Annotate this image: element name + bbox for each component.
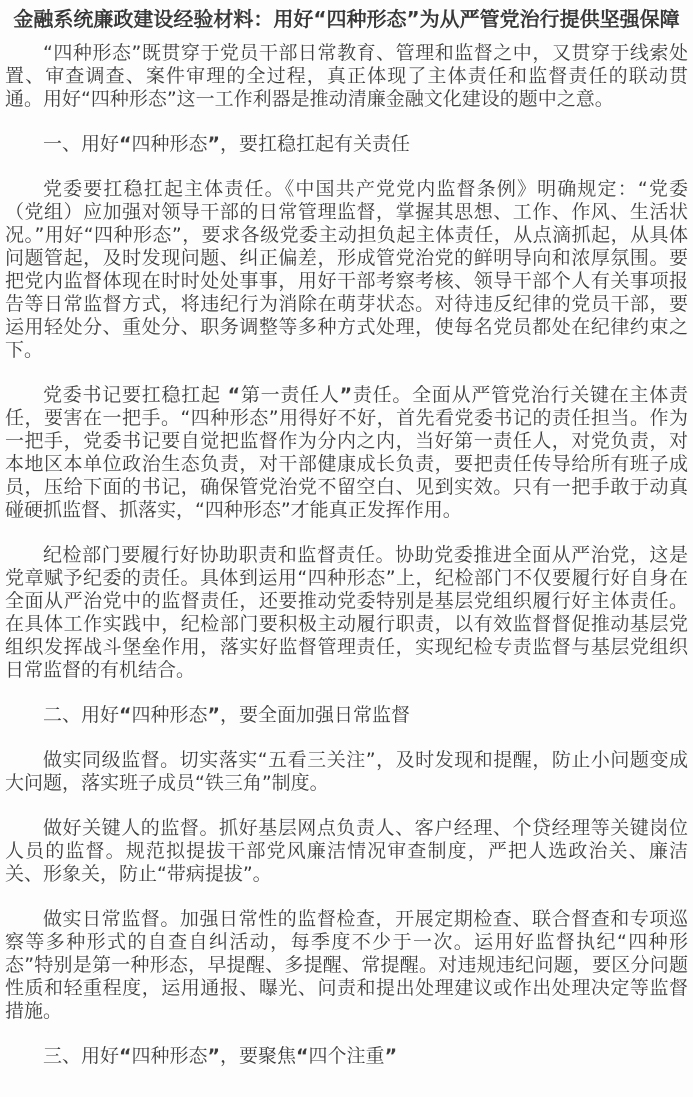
- text-run: “: [119, 704, 132, 726]
- paragraph: 党委书记要扛稳扛起 “第一责任人”责任。全面从严管党治行关键在主体责任，要害在一…: [5, 384, 688, 522]
- text-run: 做好关键人的监督。抓好基层网点负责人、客户经理、个贷经理等关键岗位人员的监督。规…: [5, 817, 688, 885]
- document-title: 金融系统廉政建设经验材料：用好“四种形态”为从严管党治行提供坚强保障: [7, 6, 686, 32]
- text-run: ，要聚焦: [220, 1045, 296, 1067]
- text-run: 四个注重: [309, 1045, 385, 1067]
- text-run: 第一责任人: [240, 384, 340, 406]
- text-run: “: [296, 1045, 309, 1067]
- text-run: 二、用好: [43, 704, 119, 726]
- text-run: ”: [208, 1045, 221, 1067]
- text-run: “: [228, 384, 241, 406]
- paragraph: 做实日常监督。加强日常性的监督检查，开展定期检查、联合督查和专项巡察等多种形式的…: [5, 908, 688, 1023]
- text-run: ”: [385, 1045, 398, 1067]
- section-heading: 二、用好“四种形态”，要全面加强日常监督: [5, 704, 688, 727]
- text-run: 党委书记要扛稳扛起: [43, 384, 228, 406]
- paragraph: 做实同级监督。切实落实“五看三关注”，及时发现和提醒，防止小问题变成大问题，落实…: [5, 749, 688, 795]
- section-heading: 一、用好“四种形态”，要扛稳扛起有关责任: [5, 133, 688, 156]
- text-run: ”: [208, 133, 221, 155]
- text-run: “: [119, 133, 132, 155]
- text-run: 做实日常监督。加强日常性的监督检查，开展定期检查、联合督查和专项巡察等多种形式的…: [5, 908, 688, 1022]
- text-run: ”: [340, 384, 353, 406]
- paragraph: 党委要扛稳扛起主体责任。《中国共产党党内监督条例》明确规定：“党委（党组）应加强…: [5, 178, 688, 362]
- text-run: ，要全面加强日常监督: [220, 704, 410, 726]
- text-run: 四种形态: [132, 704, 208, 726]
- document-page: 金融系统廉政建设经验材料：用好“四种形态”为从严管党治行提供坚强保障 “四种形态…: [0, 0, 693, 1097]
- text-run: 纪检部门要履行好协助职责和监督责任。协助党委推进全面从严治党，这是党章赋予纪委的…: [5, 544, 688, 681]
- text-run: “: [119, 1045, 132, 1067]
- section-heading: 三、用好“四种形态”，要聚焦“四个注重”: [5, 1045, 688, 1068]
- text-run: 党委要扛稳扛起主体责任。《中国共产党党内监督条例》明确规定：“党委（党组）应加强…: [5, 178, 688, 361]
- text-run: ，要扛稳扛起有关责任: [220, 133, 410, 155]
- text-run: 一、用好: [43, 133, 119, 155]
- text-run: 三、用好: [43, 1045, 119, 1067]
- text-run: 四种形态: [132, 133, 208, 155]
- text-run: 四种形态: [132, 1045, 208, 1067]
- document-body: “四种形态”既贯穿于党员干部日常教育、管理和监督之中，又贯穿于线索处置、审查调查…: [5, 42, 688, 1068]
- paragraph: 纪检部门要履行好协助职责和监督责任。协助党委推进全面从严治党，这是党章赋予纪委的…: [5, 544, 688, 682]
- paragraph: “四种形态”既贯穿于党员干部日常教育、管理和监督之中，又贯穿于线索处置、审查调查…: [5, 42, 688, 111]
- paragraph: 做好关键人的监督。抓好基层网点负责人、客户经理、个贷经理等关键岗位人员的监督。规…: [5, 817, 688, 886]
- text-run: ”: [208, 704, 221, 726]
- text-run: “四种形态”既贯穿于党员干部日常教育、管理和监督之中，又贯穿于线索处置、审查调查…: [5, 42, 688, 110]
- text-run: 做实同级监督。切实落实“五看三关注”，及时发现和提醒，防止小问题变成大问题，落实…: [5, 749, 688, 794]
